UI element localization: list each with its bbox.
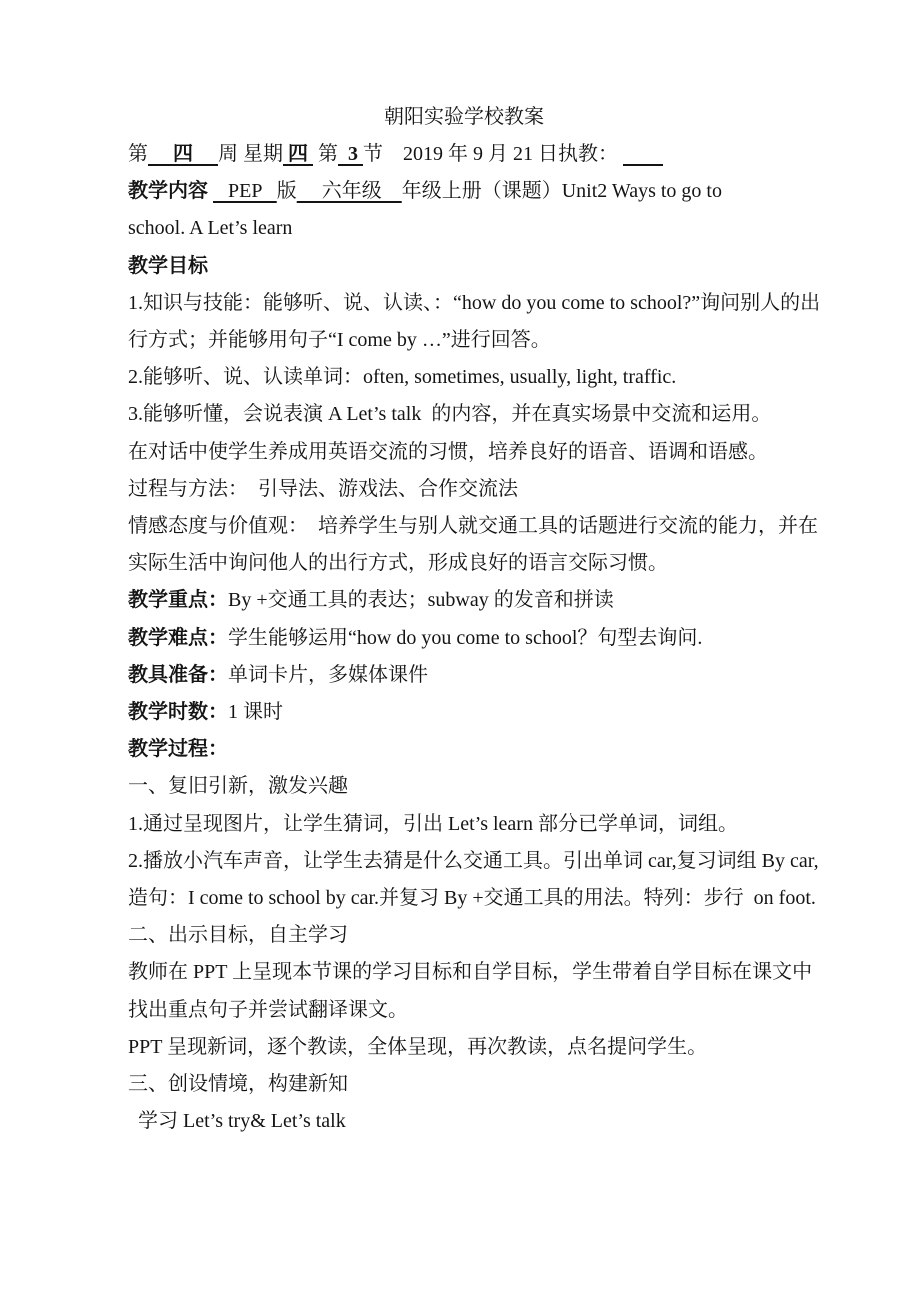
text-segment <box>148 143 173 165</box>
document-body: 第 四 周 星期 四 第 3 节 2019 年 9 月 21 日执教： 教学内容… <box>128 136 800 1140</box>
text-segment: 三、创设情境，构建新知 <box>128 1073 348 1095</box>
teaching-aids: 教具准备：单词卡片，多媒体课件 <box>128 657 800 694</box>
goal-1-line-2: 行方式；并能够用句子“I come by …”进行回答。 <box>128 322 800 359</box>
text-segment: 3 <box>338 143 363 165</box>
text-segment: 四 <box>173 143 193 165</box>
text-segment: 教学过程： <box>128 738 228 760</box>
text-segment: 六年级 <box>297 180 402 202</box>
section-2-para-1-line-1: 教师在 PPT 上呈现本节课的学习目标和自学目标，学生带着自学目标在课文中 <box>128 954 800 991</box>
section-3-step: 学习 Let’s try& Let’s talk <box>128 1103 800 1140</box>
document-page: 朝阳实验学校教案 第 四 周 星期 四 第 3 节 2019 年 9 月 21 … <box>0 0 920 1302</box>
text-segment: 年级上册（课题）Unit2 Ways to go to <box>402 180 722 202</box>
text-segment: 在对话中使学生养成用英语交流的习惯，培养良好的语音、语调和语感。 <box>128 441 768 463</box>
section-1-step-2-line-2: 造句：I come to school by car.并复习 By +交通工具的… <box>128 880 800 917</box>
text-segment: 周 星期 <box>218 143 283 165</box>
text-segment <box>623 143 663 165</box>
teaching-content-line-1: 教学内容 PEP 版 六年级 年级上册（课题）Unit2 Ways to go … <box>128 173 800 210</box>
text-segment: 二、出示目标，自主学习 <box>128 924 348 946</box>
text-segment: PEP <box>213 180 277 202</box>
text-segment: school. A Let’s learn <box>128 217 292 239</box>
text-segment: 教学重点： <box>128 589 228 611</box>
teaching-hours: 教学时数：1 课时 <box>128 694 800 731</box>
section-1-step-1: 1.通过呈现图片，让学生猜词，引出 Let’s learn 部分已学单词，词组。 <box>128 806 800 843</box>
text-segment: 教学目标 <box>128 255 208 277</box>
text-segment: By +交通工具的表达；subway 的发音和拼读 <box>228 589 614 611</box>
text-segment: 版 <box>277 180 297 202</box>
goal-1-line-1: 1.知识与技能：能够听、说、认读、：“how do you come to sc… <box>128 285 800 322</box>
text-segment: 节 2019 年 9 月 21 日执教： <box>363 143 623 165</box>
text-segment: 一、复旧引新，激发兴趣 <box>128 775 348 797</box>
teaching-process-heading: 教学过程： <box>128 731 800 768</box>
text-segment: 学习 Let’s try& Let’s talk <box>128 1110 346 1132</box>
text-segment: 教学难点： <box>128 627 228 649</box>
text-segment: 3.能够听懂，会说表演 A Let’s talk 的内容，并在真实场景中交流和运… <box>128 403 771 425</box>
goal-3-line-1: 3.能够听懂，会说表演 A Let’s talk 的内容，并在真实场景中交流和运… <box>128 396 800 433</box>
section-2-para-1-line-2: 找出重点句子并尝试翻译课文。 <box>128 992 800 1029</box>
teaching-difficult-points: 教学难点：学生能够运用“how do you come to school？句型… <box>128 620 800 657</box>
text-segment: 过程与方法： 引导法、游戏法、合作交流法 <box>128 478 518 500</box>
text-segment: 1 课时 <box>228 701 283 723</box>
text-segment: 单词卡片，多媒体课件 <box>228 664 428 686</box>
text-segment: 教学时数： <box>128 701 228 723</box>
text-segment <box>193 143 218 165</box>
text-segment: 行方式；并能够用句子“I come by …”进行回答。 <box>128 329 551 351</box>
text-segment: 学生能够运用“how do you come to school？句型去询问. <box>228 627 702 649</box>
text-segment: 情感态度与价值观： 培养学生与别人就交通工具的话题进行交流的能力，并在 <box>128 515 818 537</box>
emotion-attitude-line-1: 情感态度与价值观： 培养学生与别人就交通工具的话题进行交流的能力，并在 <box>128 508 800 545</box>
section-3-heading: 三、创设情境，构建新知 <box>128 1066 800 1103</box>
teaching-content-line-2: school. A Let’s learn <box>128 210 800 247</box>
header-schedule-line: 第 四 周 星期 四 第 3 节 2019 年 9 月 21 日执教： <box>128 136 800 173</box>
text-segment: 教学内容 <box>128 180 208 202</box>
goal-2: 2.能够听、说、认读单词：often, sometimes, usually, … <box>128 359 800 396</box>
process-and-method: 过程与方法： 引导法、游戏法、合作交流法 <box>128 471 800 508</box>
text-segment: 教具准备： <box>128 664 228 686</box>
teaching-key-points: 教学重点：By +交通工具的表达；subway 的发音和拼读 <box>128 582 800 619</box>
text-segment: 2.播放小汽车声音，让学生去猜是什么交通工具。引出单词 car,复习词组 By … <box>128 850 819 872</box>
text-segment: 第 <box>128 143 148 165</box>
text-segment: 造句：I come to school by car.并复习 By +交通工具的… <box>128 887 816 909</box>
section-1-heading: 一、复旧引新，激发兴趣 <box>128 768 800 805</box>
section-1-step-2-line-1: 2.播放小汽车声音，让学生去猜是什么交通工具。引出单词 car,复习词组 By … <box>128 843 800 880</box>
section-2-heading: 二、出示目标，自主学习 <box>128 917 800 954</box>
text-segment: 2.能够听、说、认读单词：often, sometimes, usually, … <box>128 366 676 388</box>
text-segment: 实际生活中询问他人的出行方式，形成良好的语言交际习惯。 <box>128 552 668 574</box>
teaching-goals-heading: 教学目标 <box>128 248 800 285</box>
text-segment: PPT 呈现新词，逐个教读，全体呈现，再次教读，点名提问学生。 <box>128 1036 707 1058</box>
section-2-para-2: PPT 呈现新词，逐个教读，全体呈现，再次教读，点名提问学生。 <box>128 1029 800 1066</box>
emotion-attitude-line-2: 实际生活中询问他人的出行方式，形成良好的语言交际习惯。 <box>128 545 800 582</box>
text-segment: 1.知识与技能：能够听、说、认读、：“how do you come to sc… <box>128 292 820 314</box>
document-title: 朝阳实验学校教案 <box>128 99 800 136</box>
text-segment: 找出重点句子并尝试翻译课文。 <box>128 999 408 1021</box>
text-segment: 1.通过呈现图片，让学生猜词，引出 Let’s learn 部分已学单词，词组。 <box>128 813 738 835</box>
text-segment: 第 <box>313 143 338 165</box>
goal-3-line-2: 在对话中使学生养成用英语交流的习惯，培养良好的语音、语调和语感。 <box>128 434 800 471</box>
text-segment: 教师在 PPT 上呈现本节课的学习目标和自学目标，学生带着自学目标在课文中 <box>128 961 812 983</box>
text-segment: 四 <box>283 143 313 165</box>
